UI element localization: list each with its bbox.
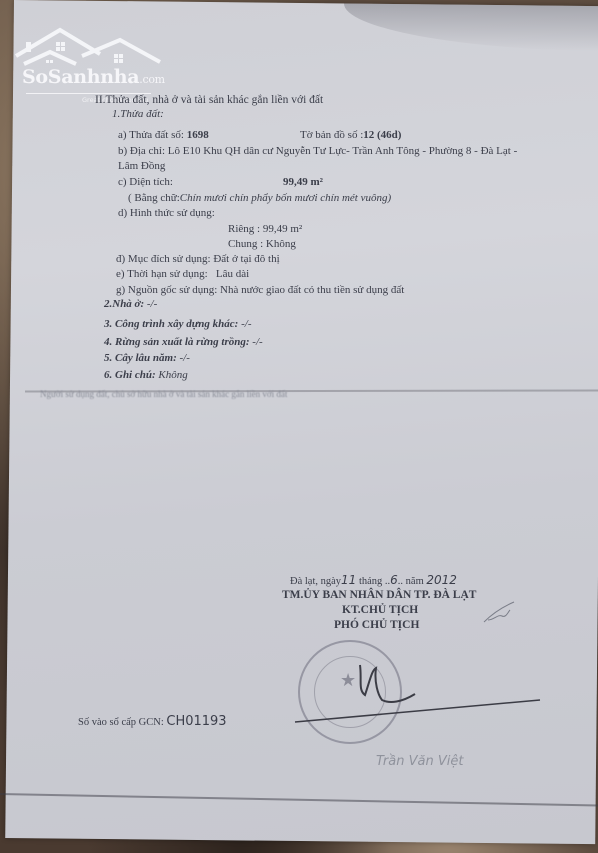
item-label: 4. Rừng sản xuất là rừng trồng: <box>104 336 250 348</box>
purpose-label: đ) Mục đích sử dụng: <box>116 253 211 265</box>
year-label: năm <box>406 576 424 587</box>
signer-title-2: PHÓ CHỦ TỊCH <box>334 619 419 631</box>
term-label: e) Thời hạn sử dụng: <box>116 268 208 280</box>
shared-label: Chung : <box>228 238 263 250</box>
item-value: Không <box>158 369 187 381</box>
address-label: b) Địa chỉ: <box>118 145 165 157</box>
signature-stroke <box>290 650 550 730</box>
document-content: II.Thửa đất, nhà ở và tài sản khác gắn l… <box>0 0 598 853</box>
usage-form-label: d) Hình thức sử dụng: <box>118 207 215 219</box>
item-label: 5. Cây lâu năm: <box>104 352 177 364</box>
parcel-label: a) Thửa đất số: <box>118 129 184 141</box>
item-label: 2.Nhà ở: <box>104 298 144 310</box>
area-words: Chín mươi chín phẩy bốn mươi chín mét vu… <box>180 192 391 204</box>
private-value: 99,49 m² <box>263 223 302 235</box>
item-perennial-trees: 5. Cây lâu năm: -/- <box>104 352 190 364</box>
item-planted-forest: 4. Rừng sản xuất là rừng trồng: -/- <box>104 336 263 348</box>
month-label: tháng <box>359 576 382 587</box>
item-value: -/- <box>179 352 189 364</box>
registry-row: Số vào sổ cấp GCN: CH01193 <box>78 714 227 729</box>
date-day: 11 <box>341 573 356 587</box>
address-value: Lô E10 Khu QH dân cư Nguyễn Tư Lực- Trần… <box>168 145 517 157</box>
initial-mark-icon <box>480 598 520 628</box>
private-use-row: Riêng : 99,49 m² <box>228 223 302 235</box>
origin-row: g) Nguồn gốc sử dụng: Nhà nước giao đất … <box>116 284 404 296</box>
shared-value: Không <box>266 238 296 250</box>
item-notes: 6. Ghi chú: Không <box>104 369 188 381</box>
item-house: 2.Nhà ở: -/- <box>104 298 157 310</box>
map-sheet-label: Tờ bản đồ số : <box>300 129 363 141</box>
private-label: Riêng : <box>228 223 260 235</box>
signer-name: Trần Văn Việt <box>376 754 463 769</box>
issuing-org: TM.ỦY BAN NHÂN DÂN TP. ĐÀ LẠT <box>282 589 476 601</box>
purpose-row: đ) Mục đích sử dụng: Đất ở tại đô thị <box>116 253 280 265</box>
registry-number: CH01193 <box>166 714 226 729</box>
area-words-label: ( Bằng chữ: <box>128 192 180 204</box>
registry-label: Số vào sổ cấp GCN: <box>78 717 164 728</box>
item-value: -/- <box>147 298 157 310</box>
item-value: -/- <box>252 336 262 348</box>
date-prefix: Đà lạt, ngày <box>290 576 341 587</box>
area-value: 99,49 m² <box>283 176 323 188</box>
bleed-through-text: Người sử dụng đất, chủ sở hữu nhà ở và t… <box>40 389 287 399</box>
parcel-number: 1698 <box>187 129 209 141</box>
term-row: e) Thời hạn sử dụng: Lâu dài <box>116 268 249 280</box>
origin-label: g) Nguồn gốc sử dụng: <box>116 284 217 296</box>
address-row: b) Địa chỉ: Lô E10 Khu QH dân cư Nguyễn … <box>118 145 517 157</box>
item-other-construction: 3. Công trình xây dựng khác: -/- <box>104 318 251 330</box>
area-label: c) Diện tích: <box>118 176 173 188</box>
signer-title-1: KT.CHỦ TỊCH <box>342 604 418 616</box>
section-title: II.Thửa đất, nhà ở và tài sản khác gắn l… <box>95 94 323 106</box>
area-words-row: ( Bằng chữ:Chín mươi chín phẩy bốn mươi … <box>128 192 391 204</box>
date-month: 6 <box>390 573 398 587</box>
address-line2: Lâm Đồng <box>118 160 165 172</box>
land-heading: 1.Thửa đất: <box>112 108 164 120</box>
date-year: 2012 <box>426 573 457 587</box>
parcel-number-row: a) Thửa đất số: 1698 <box>118 129 209 141</box>
item-value: -/- <box>241 318 251 330</box>
item-label: 6. Ghi chú: <box>104 369 156 381</box>
signing-date: Đà lạt, ngày11 tháng ..6.. năm 2012 <box>290 573 457 587</box>
origin-value: Nhà nước giao đất có thu tiền sử dụng đấ… <box>220 284 404 296</box>
map-sheet-number: 12 (46d) <box>363 129 401 141</box>
shared-use-row: Chung : Không <box>228 238 296 250</box>
item-label: 3. Công trình xây dựng khác: <box>104 318 238 330</box>
term-value: Lâu dài <box>216 268 249 280</box>
map-sheet-row: Tờ bản đồ số :12 (46d) <box>300 129 401 141</box>
purpose-value: Đất ở tại đô thị <box>213 253 279 265</box>
